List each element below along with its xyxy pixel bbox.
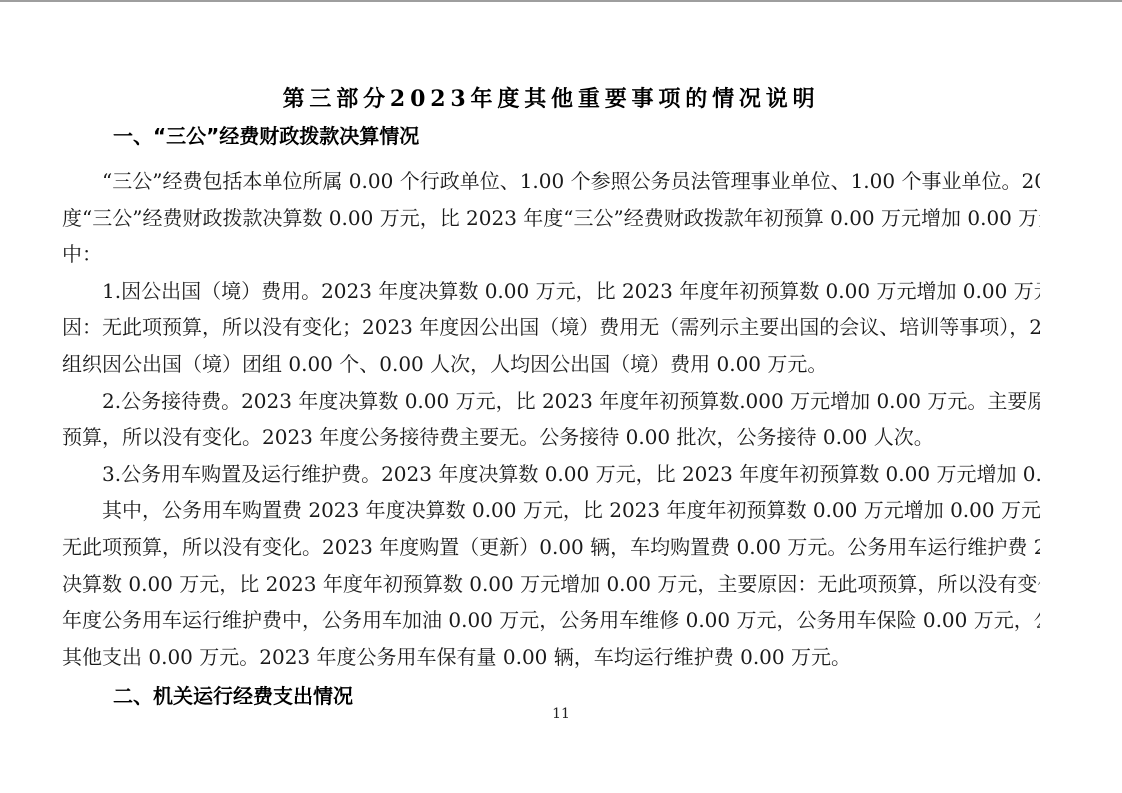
paragraph-line: 因：无此项预算，所以没有变化；2023 年度因公出国（境）费用无（需列示主要出国…	[62, 309, 1040, 346]
section-heading-sangong-funds: 一、“三公”经费财政拨款决算情况	[113, 120, 419, 149]
page-number: 11	[0, 706, 1122, 722]
document-title: 第三部分2023年度其他重要事项的情况说明	[62, 82, 1040, 113]
paragraph-line: 3.公务用车购置及运行维护费。2023 年度决算数 0.00 万元，比 2023…	[62, 456, 1040, 493]
paragraph-line: 预算，所以没有变化。2023 年度公务接待费主要无。公务接待 0.00 批次，公…	[62, 419, 1040, 456]
paragraph-line: 年度公务用车运行维护费中，公务用车加油 0.00 万元，公务用车维修 0.00 …	[62, 602, 1040, 639]
page-top-edge	[0, 0, 1122, 2]
body-text-block: “三公”经费包括本单位所属 0.00 个行政单位、1.00 个参照公务员法管理事…	[62, 163, 1040, 675]
document-page: 第三部分2023年度其他重要事项的情况说明 一、“三公”经费财政拨款决算情况 “…	[0, 0, 1122, 793]
paragraph-line: “三公”经费包括本单位所属 0.00 个行政单位、1.00 个参照公务员法管理事…	[62, 163, 1040, 200]
paragraph-line: 度“三公”经费财政拨款决算数 0.00 万元，比 2023 年度“三公”经费财政…	[62, 200, 1040, 237]
paragraph-line: 2.公务接待费。2023 年度决算数 0.00 万元，比 2023 年度年初预算…	[62, 383, 1040, 420]
paragraph-line: 其中，公务用车购置费 2023 年度决算数 0.00 万元，比 2023 年度年…	[62, 492, 1040, 529]
paragraph-line: 决算数 0.00 万元，比 2023 年度年初预算数 0.00 万元增加 0.0…	[62, 566, 1040, 603]
paragraph-line: 无此项预算，所以没有变化。2023 年度购置（更新）0.00 辆，车均购置费 0…	[62, 529, 1040, 566]
section-heading-operating-expenses: 二、机关运行经费支出情况	[113, 680, 353, 709]
paragraph-line: 组织因公出国（境）团组 0.00 个、0.00 人次，人均因公出国（境）费用 0…	[62, 346, 1040, 383]
paragraph-line: 1.因公出国（境）费用。2023 年度决算数 0.00 万元，比 2023 年度…	[62, 273, 1040, 310]
paragraph-line: 中：	[62, 236, 1040, 273]
paragraph-line: 其他支出 0.00 万元。2023 年度公务用车保有量 0.00 辆，车均运行维…	[62, 639, 1040, 676]
